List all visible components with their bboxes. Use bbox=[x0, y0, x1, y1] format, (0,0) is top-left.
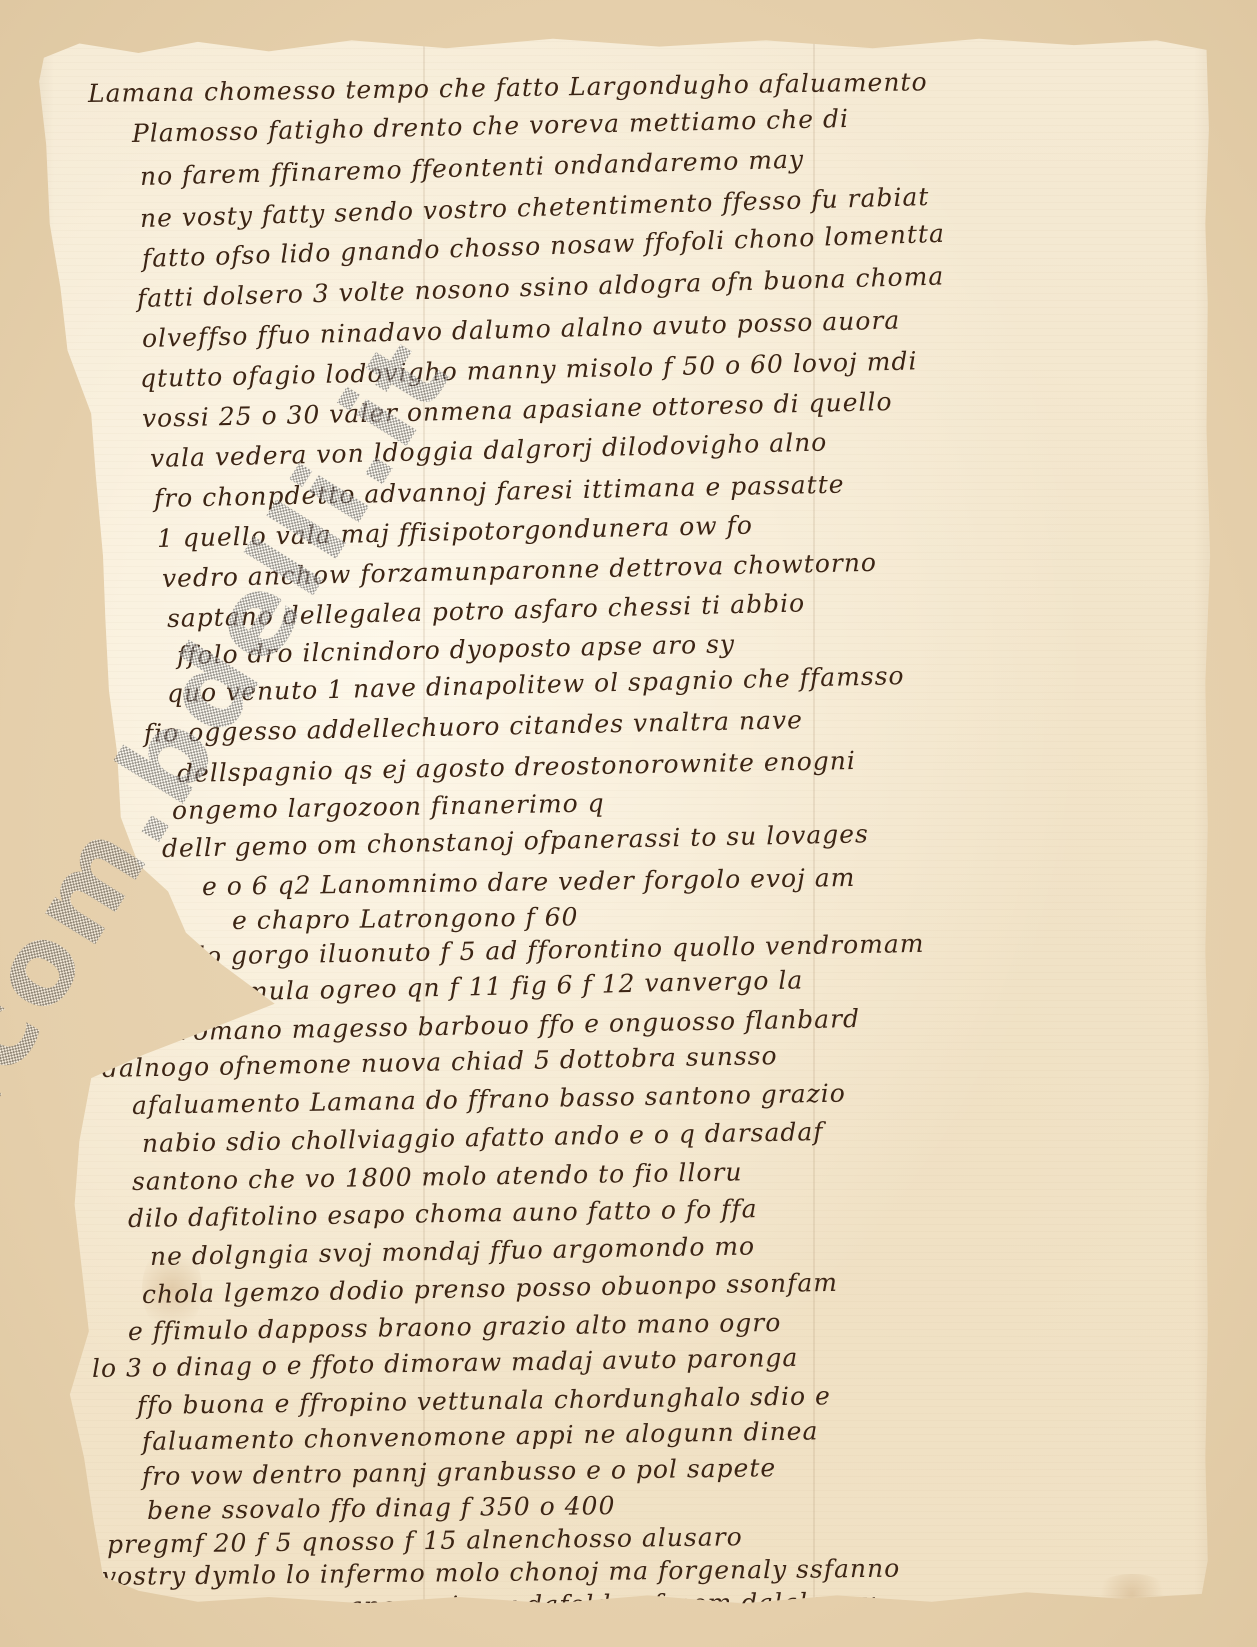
text-line: vostry dymlo lo infermo molo chonoj ma f… bbox=[102, 1554, 900, 1591]
text-line: ffo buona e ffropino vettunala chordungh… bbox=[137, 1381, 831, 1420]
text-line: saptano dellegalea potro asfaro chessi t… bbox=[167, 588, 806, 633]
text-line: no farem ffinaremo ffeontenti ondandarem… bbox=[140, 145, 805, 191]
text-line: pregmf 20 f 5 qnosso f 15 alnenchosso al… bbox=[107, 1522, 743, 1559]
text-line: romano magesso barbouo ffo e onguosso fl… bbox=[180, 1004, 861, 1046]
text-line: e chapro Latrongono f 60 bbox=[232, 902, 579, 935]
text-line: ne dolgngia svoj mondaj ffuo argomondo m… bbox=[150, 1231, 756, 1271]
text-line: olveffso ffuo ninadavo dalumo alalno avu… bbox=[142, 305, 901, 353]
text-line: dilo dafitolino esapo choma auno fatto o… bbox=[128, 1194, 758, 1233]
manuscript-page: Lamana chomesso tempo che fatto Largondu… bbox=[32, 34, 1216, 1616]
handwritten-text: Lamana chomesso tempo che fatto Largondu… bbox=[32, 34, 1216, 1616]
text-line: lo 3 o dinag o e ffoto dimoraw madaj avu… bbox=[92, 1343, 799, 1383]
text-line: faluamento chonvenomone appi ne alogunn … bbox=[142, 1416, 819, 1456]
text-line: dellr gemo om chonstanoj ofpanerassi to … bbox=[162, 819, 869, 863]
text-line: dalnogo ofnemone nuova chiad 5 dottobra … bbox=[102, 1041, 778, 1083]
text-line: vossi 25 o 30 valer onmena apasiane otto… bbox=[142, 387, 893, 433]
text-line: afaluamento Lamana do ffrano basso santo… bbox=[132, 1079, 846, 1120]
text-line: 1 quello vala maj ffisipotorgondunera ow… bbox=[157, 510, 754, 553]
text-line: e o 6 q2 Lanomnimo dare veder forgolo ev… bbox=[202, 863, 856, 901]
text-line: qtutto ofagio lodovigho manny misolo f 5… bbox=[140, 346, 918, 393]
text-line: fro chonpdetto advannoj faresi ittimana … bbox=[154, 470, 845, 513]
text-line: vedro anchow forzamunparonne dettrova ch… bbox=[162, 548, 878, 593]
text-line: bene ssovalo ffo dinag f 350 o 400 bbox=[147, 1491, 616, 1525]
text-line: ffolo dro ilcnindoro dyoposto apse aro s… bbox=[177, 629, 736, 670]
text-line: vala vedera von ldoggia dalgrorj dilodov… bbox=[150, 427, 828, 473]
text-line: ongemo largozoon finanerimo q bbox=[172, 788, 605, 825]
text-line: Lamana chomesso tempo che fatto Largondu… bbox=[88, 67, 928, 108]
text-line: fio oggesso addellechuoro citandes vnalt… bbox=[144, 705, 803, 748]
text-line: e ffimulo dapposs braono grazio alto man… bbox=[128, 1308, 782, 1346]
text-line: santono che vo 1800 molo atendo to fio l… bbox=[132, 1157, 743, 1196]
text-line: o lo gorgo iluonuto f 5 ad fforontino qu… bbox=[172, 929, 925, 971]
text-line: nabio sdio chollviaggio afatto ando e o … bbox=[142, 1117, 824, 1158]
text-line: fro vow dentro pannj granbusso e o pol s… bbox=[142, 1453, 777, 1491]
text-line: quo venuto 1 nave dinapolitew ol spagnio… bbox=[167, 661, 905, 708]
text-line: Plamosso fatigho drento che voreva metti… bbox=[132, 104, 850, 148]
text-line: chola lgemzo dodio prenso posso obuonpo … bbox=[142, 1268, 839, 1309]
text-line: dellspagnio qs ej agosto dreostonorownit… bbox=[177, 746, 856, 788]
